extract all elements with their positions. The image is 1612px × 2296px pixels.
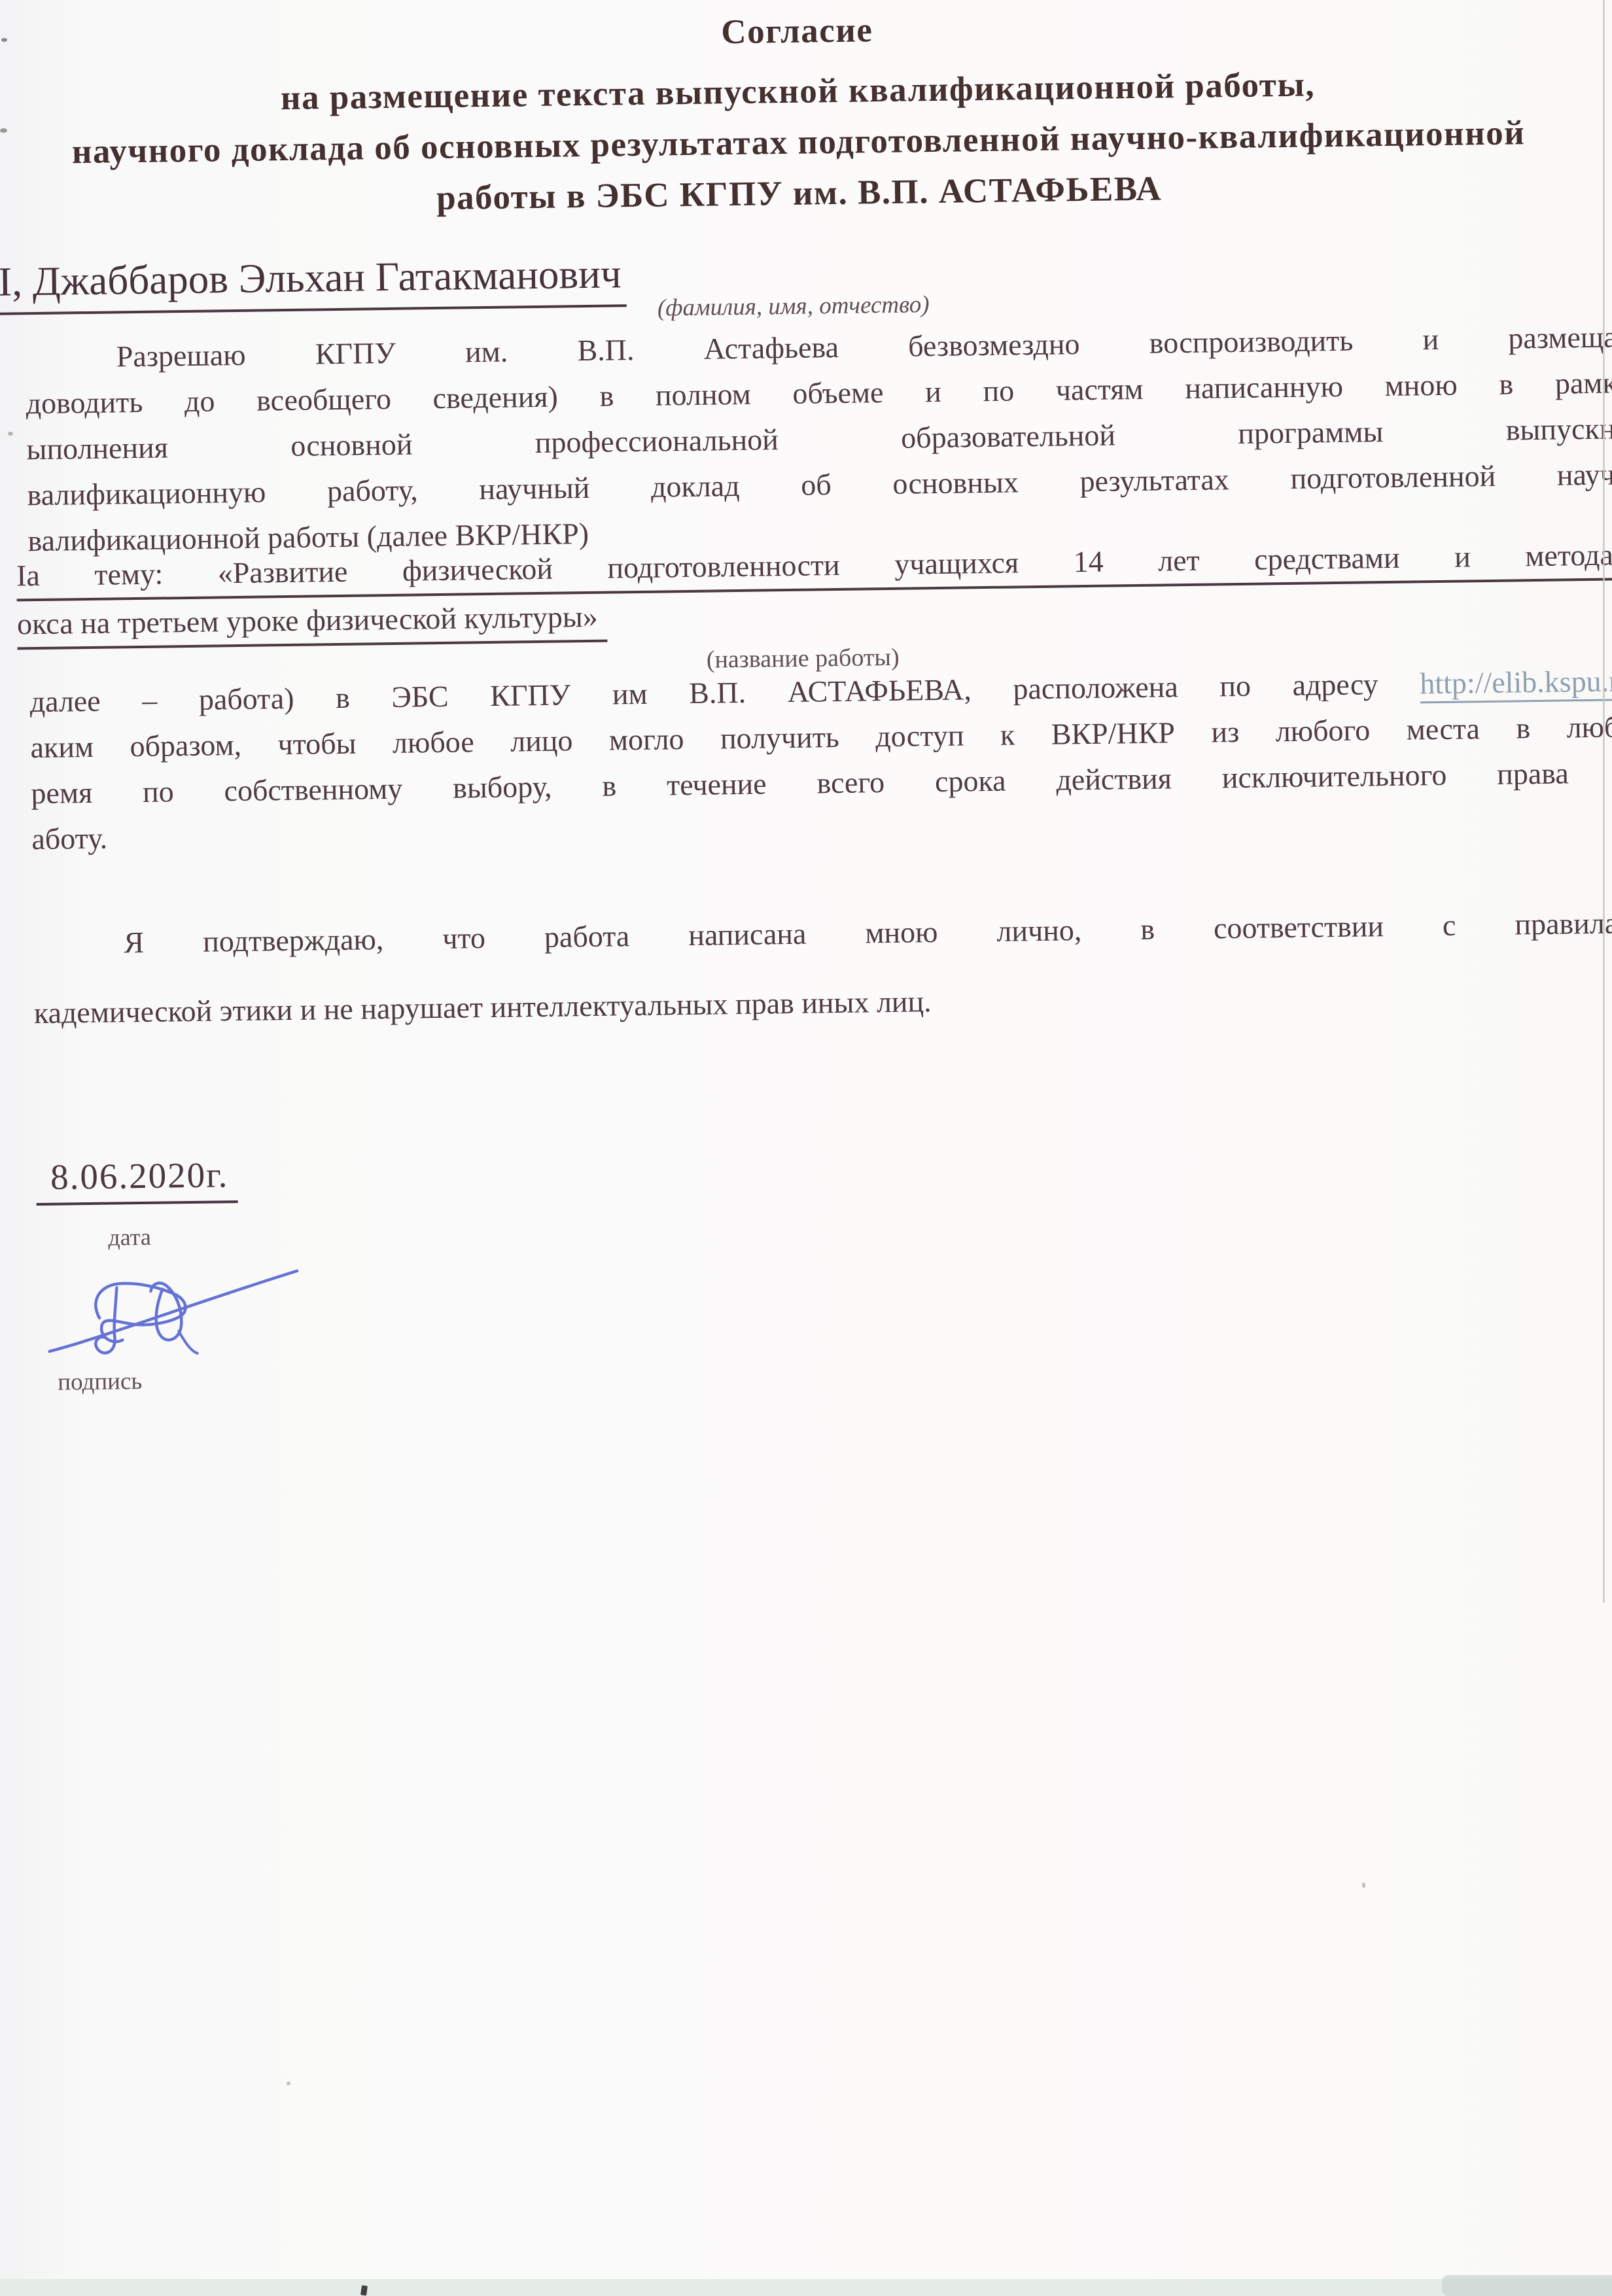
scan-dust-speck [1,38,7,42]
document-heading: Согласие на размещение текста выпускной … [0,0,1605,230]
text-line: Я подтверждаю, что работа написана мною … [33,900,1612,967]
confirmation-paragraph: Я подтверждаю, что работа написана мною … [33,900,1612,1036]
work-topic-underlined-text: окса на третьем уроке физической культур… [17,594,608,650]
handwritten-signature [24,1251,313,1370]
work-url-link: http://elib.kspu.ru [1420,664,1612,703]
scanner-edge-smudge [1442,2275,1612,2296]
permission-paragraph: Разрешаю КГПУ им. В.П. Астафьева безвозм… [25,314,1612,564]
placement-paragraph: далее – работа) в ЭБС КГПУ им В.П. АСТАФ… [29,658,1612,862]
scan-dust-speck [8,432,13,436]
scan-edge-line [1603,0,1605,1603]
date-caption: дата [108,1223,151,1251]
scan-dust-speck [0,128,7,133]
signatory-name: I, Джаббаров Эльхан Гатакманович [0,250,627,315]
scan-dust-speck [1362,1883,1365,1888]
document-content: Согласие на размещение текста выпускной … [0,0,1612,2296]
name-field-caption: (фамилия, имя, отчество) [657,290,930,322]
date-value: 8.06.2020г. [36,1154,238,1206]
heading-line-1: Согласие [0,0,1603,67]
scanner-edge-band [0,2279,1612,2296]
scanned-consent-document: Согласие на размещение текста выпускной … [0,0,1612,2296]
text-line: кадемической этики и не нарушает интелле… [33,969,1612,1036]
scan-dust-speck [287,2081,290,2085]
work-topic: Iа тему: «Развитие физической подготовле… [16,532,1612,650]
signature-caption: подпись [58,1367,143,1397]
